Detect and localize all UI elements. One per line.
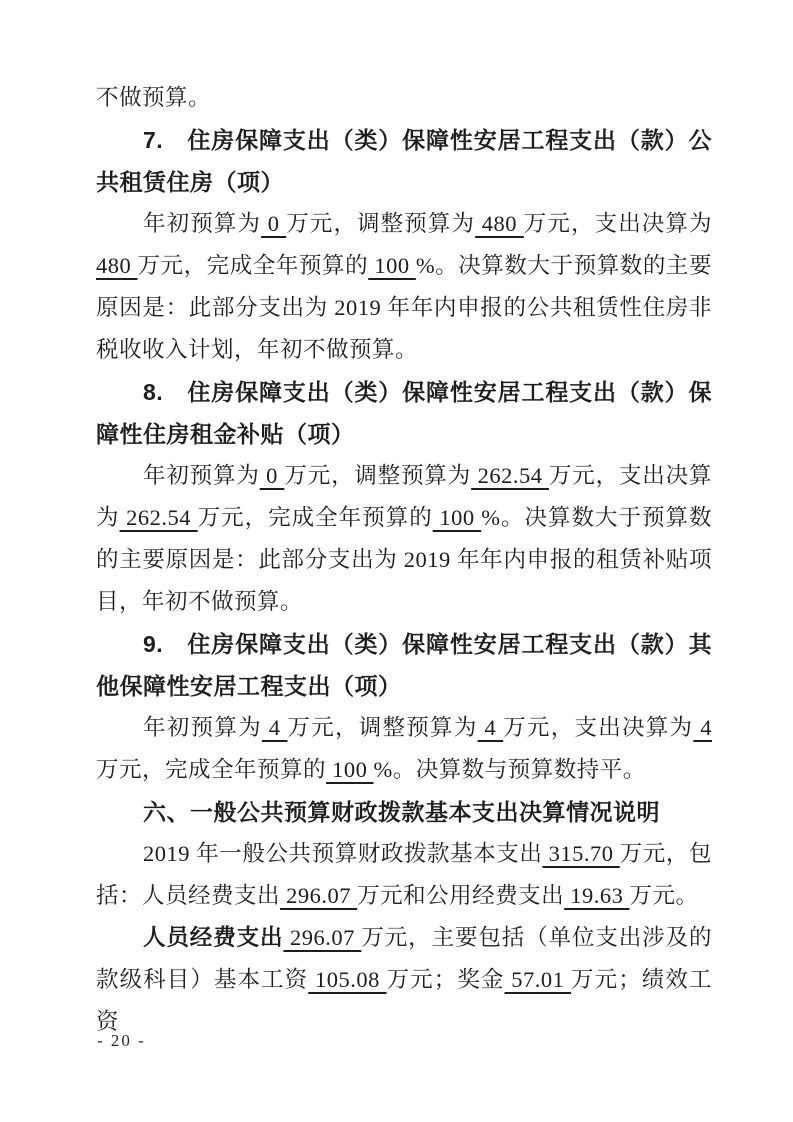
- text-run: 年初预算为: [143, 715, 262, 740]
- section-6cn-heading: 六、一般公共预算财政拨款基本支出决算情况说明: [96, 791, 712, 833]
- page-number: - 20 -: [97, 1031, 146, 1051]
- text-run: 2019 年一般公共预算财政拨款基本支出: [143, 841, 542, 866]
- underlined-value: 100: [326, 757, 374, 782]
- text-run: 万元，调整预算为: [286, 211, 475, 236]
- underlined-value: 4: [262, 715, 288, 740]
- text-run: 年初预算为: [143, 463, 260, 488]
- text-run: 万元，调整预算为: [284, 463, 471, 488]
- underlined-value: 0: [261, 211, 286, 236]
- document-body: 不做预算。 7. 住房保障支出（类）保障性安居工程支出（款）公共租赁住房（项） …: [96, 77, 712, 1043]
- text-run: 万元；奖金: [387, 967, 505, 992]
- section-8-heading: 8. 住房保障支出（类）保障性安居工程支出（款）保障性住房租金补贴（项）: [96, 371, 712, 455]
- text-run: 万元，支出决算为: [524, 211, 712, 236]
- section-7-heading: 7. 住房保障支出（类）保障性安居工程支出（款）公共租赁住房（项）: [96, 119, 712, 203]
- underlined-value: 262.54: [120, 505, 198, 530]
- underlined-value: 105.08: [308, 967, 386, 992]
- section-8-paragraph: 年初预算为 0 万元，调整预算为 262.54 万元，支出决算为 262.54 …: [96, 455, 712, 623]
- underlined-value: 0: [260, 463, 285, 488]
- carryover-text: 不做预算。: [96, 77, 712, 119]
- text-run: 万元。: [630, 883, 699, 908]
- text-run: 年初预算为: [143, 211, 261, 236]
- section-9-heading: 9. 住房保障支出（类）保障性安居工程支出（款）其他保障性安居工程支出（项）: [96, 623, 712, 707]
- text-run: 万元和公用经费支出: [357, 883, 564, 908]
- text-run: 万元，完成全年预算的: [198, 505, 433, 530]
- underlined-value: 19.63: [564, 883, 629, 908]
- text-run: 六、一般公共预算财政拨款基本支出决算情况说明: [143, 799, 660, 825]
- text-run: 不做预算。: [96, 85, 211, 110]
- underlined-value: 100: [433, 505, 482, 530]
- section-6cn-overview-paragraph: 2019 年一般公共预算财政拨款基本支出 315.70 万元，包括：人员经费支出…: [96, 833, 712, 917]
- text-run: 8. 住房保障支出（类）保障性安居工程支出（款）保障性住房租金补贴（项）: [96, 379, 712, 447]
- underlined-value: 296.07: [280, 883, 357, 908]
- section-7-paragraph: 年初预算为 0 万元，调整预算为 480 万元，支出决算为 480 万元，完成全…: [96, 203, 712, 371]
- document-page: 不做预算。 7. 住房保障支出（类）保障性安居工程支出（款）公共租赁住房（项） …: [0, 0, 793, 1122]
- bold-text-run: 人员经费支出: [143, 925, 283, 950]
- underlined-value: 315.70: [542, 841, 619, 866]
- underlined-value: 480: [96, 253, 137, 278]
- section-9-paragraph: 年初预算为 4 万元，调整预算为 4 万元，支出决算为 4 万元，完成全年预算的…: [96, 707, 712, 791]
- text-run: %。决算数与预算数持平。: [374, 757, 646, 782]
- underlined-value: 480: [475, 211, 524, 236]
- text-run: 万元，完成全年预算的: [96, 757, 326, 782]
- text-run: 万元，调整预算为: [287, 715, 477, 740]
- text-run: 9. 住房保障支出（类）保障性安居工程支出（款）其他保障性安居工程支出（项）: [96, 631, 712, 699]
- underlined-value: 100: [368, 253, 416, 278]
- personnel-expense-paragraph: 人员经费支出 296.07 万元，主要包括（单位支出涉及的款级科目）基本工资 1…: [96, 917, 712, 1043]
- underlined-value: 4: [478, 715, 504, 740]
- underlined-value: 262.54: [471, 463, 549, 488]
- underlined-value: 4: [693, 715, 712, 740]
- underlined-value: 57.01: [505, 967, 572, 992]
- underlined-value: 296.07: [283, 925, 361, 950]
- text-run: 7. 住房保障支出（类）保障性安居工程支出（款）公共租赁住房（项）: [96, 127, 712, 195]
- text-run: 万元，支出决算为: [503, 715, 693, 740]
- text-run: 万元，完成全年预算的: [137, 253, 368, 278]
